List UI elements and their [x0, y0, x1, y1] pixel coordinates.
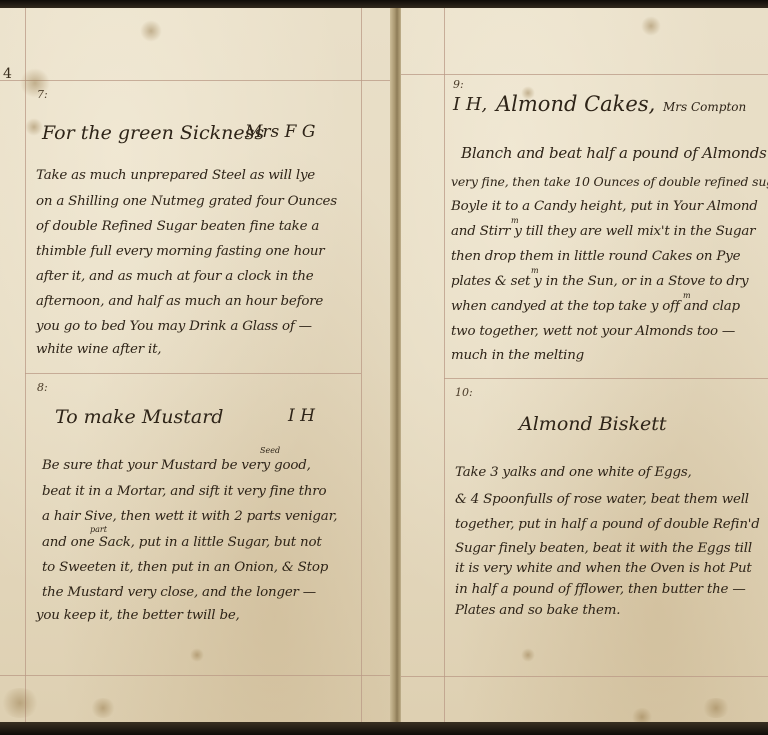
text-line: of double Refined Sugar beaten fine take… [36, 219, 319, 234]
text-line: to Sweeten it, then put in an Onion, & S… [42, 560, 328, 575]
text-line: Sugar finely beaten, beat it with the Eg… [455, 541, 752, 556]
text-line: together, put in half a pound of double … [455, 517, 760, 532]
text-line: you keep it, the better twill be, [36, 608, 240, 623]
left-page: 4 7: For the green Sickness Mrs F G Take… [0, 8, 393, 723]
recipe-title: To make Mustard [55, 406, 223, 428]
text-line: Be sure that your Mustard be very good, [42, 458, 311, 473]
manuscript-spread: 4 7: For the green Sickness Mrs F G Take… [0, 0, 768, 735]
interlinear-insertion: Seed [260, 446, 280, 455]
header-rule [0, 80, 393, 81]
recipe-attribution: Mrs Compton [663, 100, 746, 114]
text-line: Plates and so bake them. [455, 603, 620, 618]
recipe-attribution-prefix: I H, [453, 94, 487, 115]
recipe-divider-rule [444, 378, 768, 379]
text-line: then drop them in little round Cakes on … [451, 249, 740, 264]
text-line: thimble full every morning fasting one h… [36, 244, 325, 259]
text-line: when candyed at the top take y off and c… [451, 299, 740, 314]
text-line: plates & set y in the Sun, or in a Stove… [451, 274, 748, 289]
recipe-number: 7: [37, 88, 48, 101]
folio-number: 4 [3, 66, 12, 82]
text-line: afternoon, and half as much an hour befo… [36, 294, 323, 309]
recipe-divider-rule [25, 373, 361, 374]
foxing-stain [701, 698, 731, 718]
text-line: in half a pound of fflower, then butter … [455, 582, 746, 597]
text-line: you go to bed You may Drink a Glass of — [36, 319, 312, 334]
footer-rule [0, 675, 393, 676]
text-line: Blanch and beat half a pound of Almonds [461, 144, 767, 162]
foxing-stain [0, 688, 40, 718]
right-margin-rule [361, 8, 362, 723]
interlinear-insertion: part [90, 525, 107, 534]
text-line: & 4 Spoonfulls of rose water, beat them … [455, 492, 749, 507]
footer-rule [401, 676, 768, 677]
text-line: white wine after it, [36, 342, 161, 357]
text-line: Boyle it to a Candy height, put in Your … [451, 199, 758, 214]
text-line: on a Shilling one Nutmeg grated four Oun… [36, 194, 337, 209]
text-line: after it, and as much at four a clock in… [36, 269, 314, 284]
header-rule [401, 74, 768, 75]
text-line: Take 3 yalks and one white of Eggs, [455, 465, 692, 480]
recipe-title: For the green Sickness [42, 122, 264, 144]
text-line: two together, wett not your Almonds too … [451, 324, 735, 339]
foxing-stain [25, 118, 43, 136]
foxing-stain [190, 648, 204, 662]
book-bottom-edge [0, 722, 768, 735]
left-margin-rule [444, 8, 445, 723]
text-line: much in the melting [451, 348, 584, 363]
foxing-stain [521, 648, 535, 662]
text-line: and one Sack, put in a little Sugar, but… [42, 535, 322, 550]
recipe-attribution: Mrs F G [245, 122, 315, 142]
recipe-number: 9: [453, 78, 464, 91]
text-line: Take as much unprepared Steel as will ly… [36, 168, 315, 183]
text-line: and Stirr y till they are well mix't in … [451, 224, 755, 239]
text-line: very fine, then take 10 Ounces of double… [451, 174, 768, 189]
foxing-stain [641, 16, 661, 36]
text-line: a hair Sive, then wett it with 2 parts v… [42, 509, 337, 524]
recipe-number: 8: [37, 381, 48, 394]
right-page: 9: I H, Almond Cakes, Mrs Compton Blanch… [400, 8, 768, 723]
left-margin-rule [25, 8, 26, 723]
text-line: it is very white and when the Oven is ho… [455, 561, 752, 576]
text-line: the Mustard very close, and the longer — [42, 585, 316, 600]
recipe-title: Almond Cakes, [496, 92, 655, 116]
recipe-title: Almond Biskett [519, 413, 667, 435]
foxing-stain [90, 698, 116, 718]
foxing-stain [140, 20, 162, 42]
recipe-number: 10: [455, 386, 473, 399]
recipe-attribution: I H [288, 406, 315, 426]
foxing-stain [631, 708, 653, 723]
text-line: beat it in a Mortar, and sift it very fi… [42, 484, 326, 499]
